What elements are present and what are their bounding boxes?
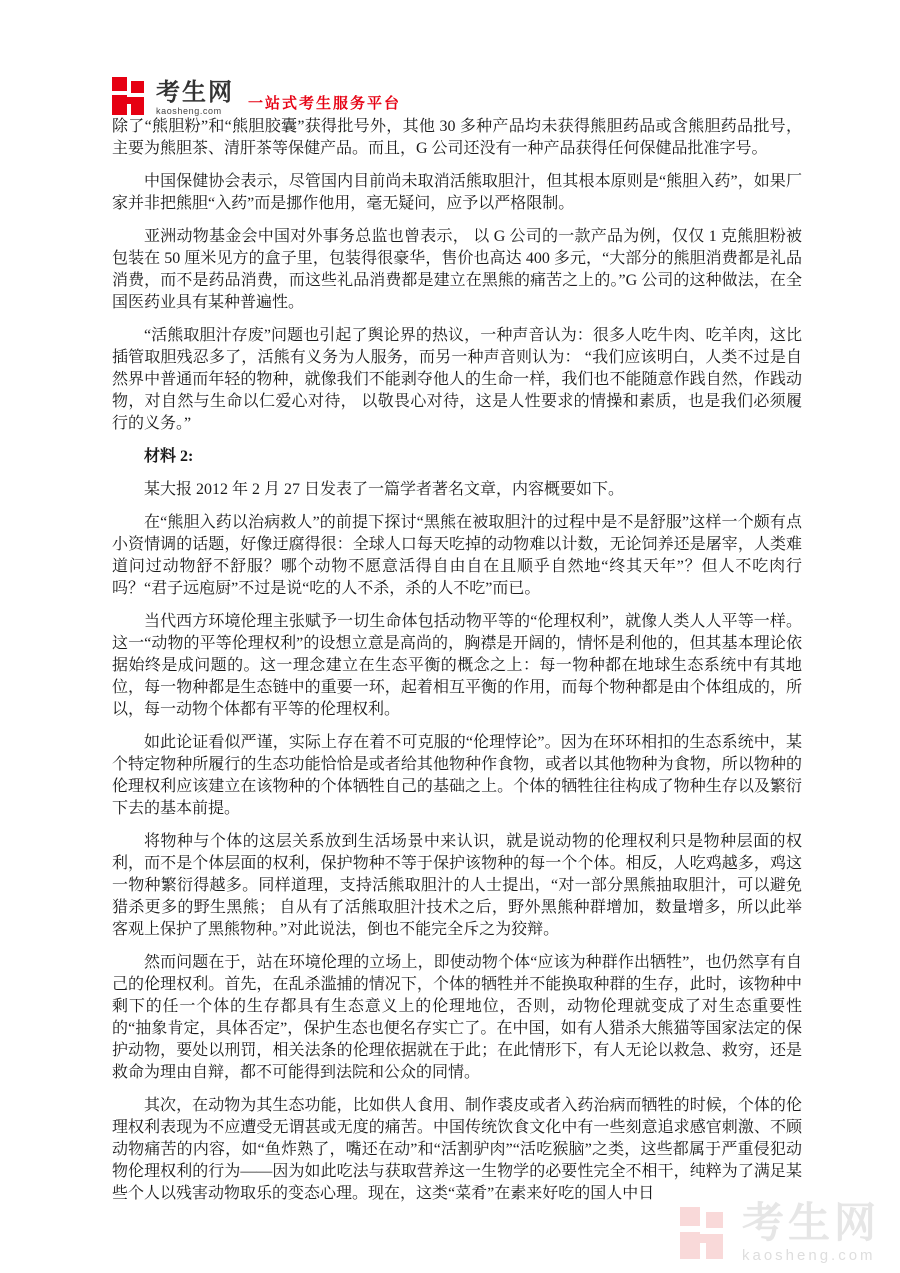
brand-logo-icon [112,76,150,116]
document-page: 考生网 kaosheng.com 一站式考生服务平台 除了“熊胆粉”和“熊胆胶囊… [0,0,900,1273]
paragraph: 在“熊胆入药以治病救人”的前提下探讨“黑熊在被取胆汁的过程中是不是舒服”这样一个… [112,512,802,600]
document-body: 除了“熊胆粉”和“熊胆胶囊”获得批号外，其他 30 多种产品均未获得熊胆药品或含… [112,116,802,1216]
watermark-text-block: 考生网 kaosheng.com [742,1202,880,1263]
paragraph: 除了“熊胆粉”和“熊胆胶囊”获得批号外，其他 30 多种产品均未获得熊胆药品或含… [112,116,802,160]
material-2-heading: 材料 2: [112,446,802,468]
paragraph: 然而问题在于，站在环境伦理的立场上，即使动物个体“应该为种群作出牺牲”，也仍然享… [112,952,802,1084]
paragraph: 亚洲动物基金会中国对外事务总监也曾表示， 以 G 公司的一款产品为例，仅仅 1 … [112,226,802,314]
watermark: 考生网 kaosheng.com [680,1202,880,1263]
watermark-brand: 考生网 [742,1202,880,1244]
paragraph: “活熊取胆汁存废”问题也引起了舆论界的热议，一种声音认为：很多人吃牛肉、吃羊肉，… [112,325,802,435]
paragraph: 中国保健协会表示，尽管国内目前尚未取消活熊取胆汁，但其根本原则是“熊胆入药”，如… [112,171,802,215]
site-brand-header: 考生网 kaosheng.com 一站式考生服务平台 [112,76,401,116]
paragraph: 其次，在动物为其生态功能，比如供人食用、制作裘皮或者入药治病而牺牲的时候，个体的… [112,1095,802,1205]
watermark-logo-icon [680,1205,730,1261]
paragraph: 某大报 2012 年 2 月 27 日发表了一篇学者著名文章，内容概要如下。 [112,479,802,501]
paragraph: 将物种与个体的这层关系放到生活场景中来认识，就是说动物的伦理权利只是物种层面的权… [112,831,802,941]
brand-tagline: 一站式考生服务平台 [248,92,401,116]
brand-name: 考生网 [156,81,234,105]
paragraph: 如此论证看似严谨，实际上存在着不可克服的“伦理悖论”。因为在环环相扣的生态系统中… [112,732,802,820]
brand-domain: kaosheng.com [156,107,234,116]
watermark-domain: kaosheng.com [742,1248,880,1263]
brand-text-block: 考生网 kaosheng.com [156,81,234,116]
paragraph: 当代西方环境伦理主张赋予一切生命体包括动物平等的“伦理权利”，就像人类人人平等一… [112,611,802,721]
